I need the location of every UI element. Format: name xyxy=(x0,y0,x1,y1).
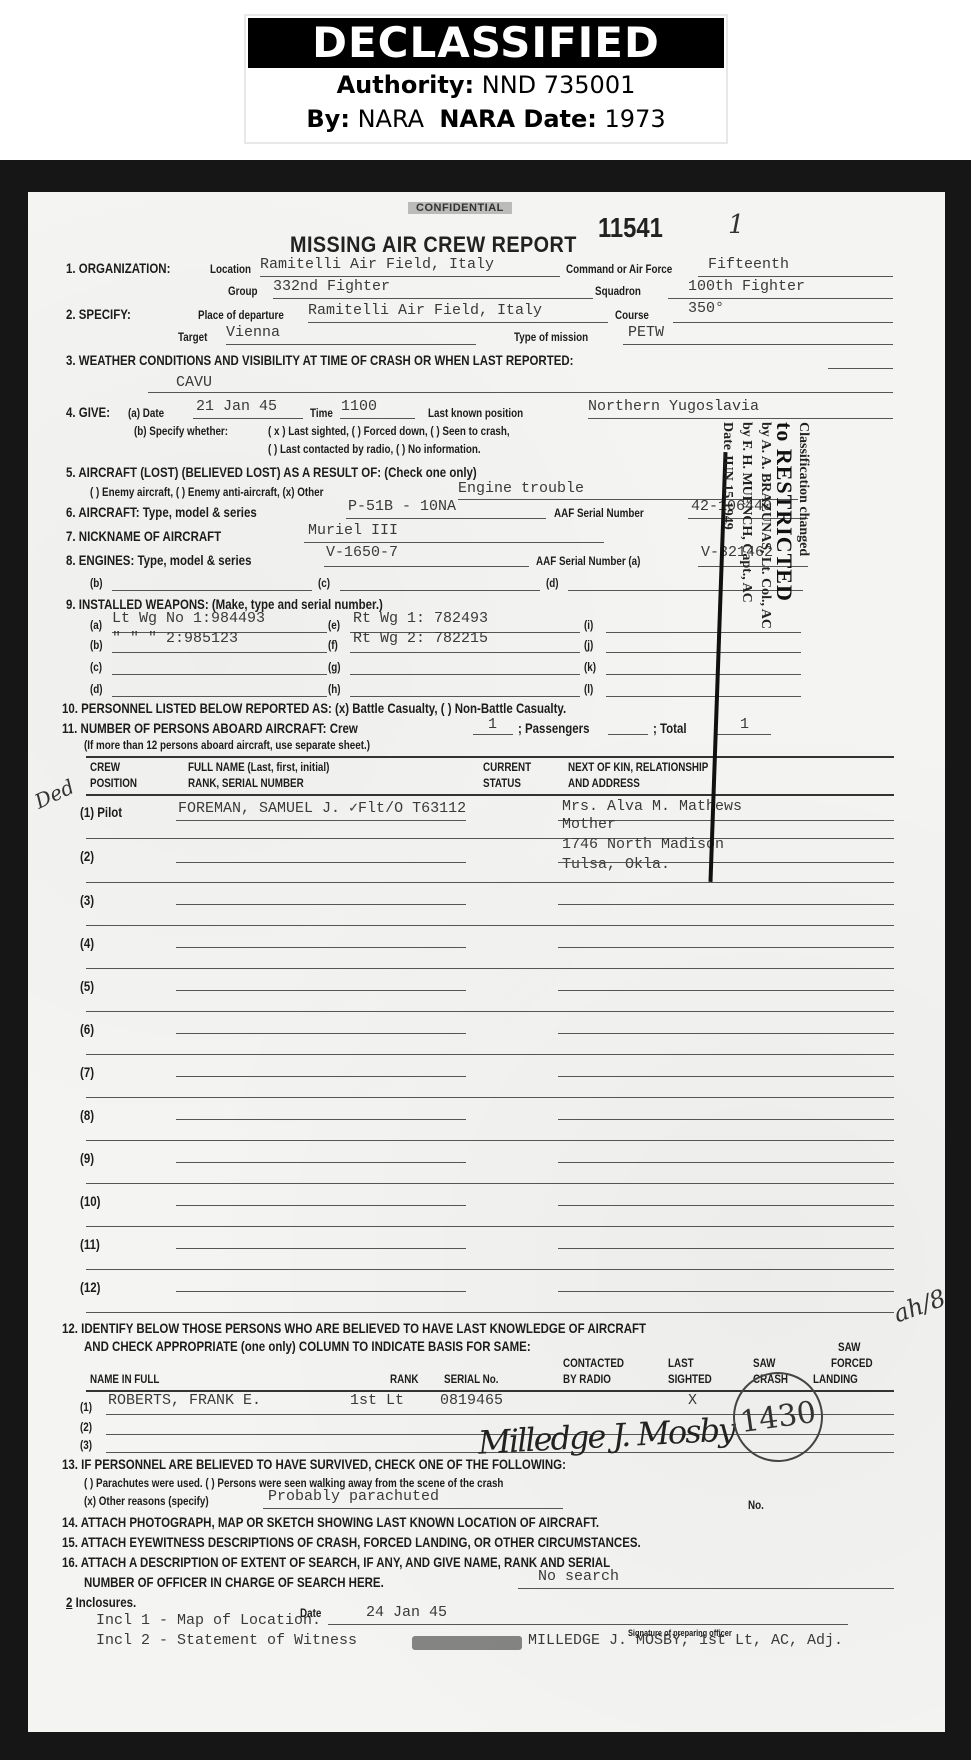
weapon-b-value: " " " 2:985123 xyxy=(112,630,238,647)
crew-row-11-label: (11) xyxy=(80,1236,100,1252)
authority-value: NND 735001 xyxy=(482,71,636,99)
inclosure-1: Incl 1 - Map of Location. xyxy=(96,1612,321,1629)
report-number: 11541 xyxy=(598,212,663,244)
item14-label: 14. ATTACH PHOTOGRAPH, MAP OR SKETCH SHO… xyxy=(62,1514,599,1530)
declassified-heading: DECLASSIFIED xyxy=(248,18,724,68)
crew-row-2-label: (2) xyxy=(80,848,94,864)
crew-row-12-label: (12) xyxy=(80,1279,100,1295)
item4-label: 4. GIVE: xyxy=(66,404,110,420)
item16-label-2: NUMBER OF OFFICER IN CHARGE OF SEARCH HE… xyxy=(84,1574,384,1590)
classification-mark: CONFIDENTIAL xyxy=(408,202,512,214)
crew-count: 1 xyxy=(488,716,497,733)
item10-label: 10. PERSONNEL LISTED BELOW REPORTED AS: … xyxy=(62,700,566,716)
item12-label: 12. IDENTIFY BELOW THOSE PERSONS WHO ARE… xyxy=(62,1320,646,1336)
inclosure-2: Incl 2 - Statement of Witness xyxy=(96,1632,357,1649)
group-value: 332nd Fighter xyxy=(273,278,390,295)
crew-row-6-label: (6) xyxy=(80,1021,94,1037)
officer-signature: Milledge J. Mosby xyxy=(477,1410,735,1461)
authority-line: Authority: NND 735001 xyxy=(246,68,726,102)
weapon-a-value: Lt Wg No 1:984493 xyxy=(112,610,265,627)
sighting-options-2: ( ) Last contacted by radio, ( ) No info… xyxy=(268,442,481,456)
weapon-f-value: Rt Wg 2: 782215 xyxy=(353,630,488,647)
crew-row-7-label: (7) xyxy=(80,1064,94,1080)
officer-name: MILLEDGE J. MOSBY, 1st Lt, AC, Adj. xyxy=(528,1632,843,1649)
crew-row-8-label: (8) xyxy=(80,1107,94,1123)
inclosures-label: 2 Inclosures. xyxy=(66,1594,136,1610)
loss-cause-options: ( ) Enemy aircraft, ( ) Enemy anti-aircr… xyxy=(90,485,323,499)
aircraft-type-value: P-51B - 10NA xyxy=(348,498,456,515)
last-sighted-mark: X xyxy=(688,1392,697,1409)
nickname-value: Muriel III xyxy=(308,522,398,539)
survival-reason-value: Probably parachuted xyxy=(268,1488,439,1505)
item16-label: 16. ATTACH A DESCRIPTION OF EXTENT OF SE… xyxy=(62,1554,610,1570)
crew-row-3-label: (3) xyxy=(80,892,94,908)
item2-label: 2. SPECIFY: xyxy=(66,306,131,322)
page-title: MISSING AIR CREW REPORT xyxy=(290,232,577,258)
location-value: Ramitelli Air Field, Italy xyxy=(260,256,494,273)
date-value: 21 Jan 45 xyxy=(196,398,277,415)
search-value: No search xyxy=(538,1568,619,1585)
report-date-value: 24 Jan 45 xyxy=(366,1604,447,1621)
reclassification-stamp: Classification changed to RESTRICTED by … xyxy=(718,422,818,722)
item15-label: 15. ATTACH EYEWITNESS DESCRIPTIONS OF CR… xyxy=(62,1534,641,1550)
item8-label: 8. ENGINES: Type, model & series xyxy=(66,552,251,568)
redacted-mark xyxy=(412,1636,522,1650)
weather-value: CAVU xyxy=(176,374,212,391)
item5-label: 5. AIRCRAFT (LOST) (BELIEVED LOST) AS A … xyxy=(66,464,477,480)
loss-cause-value: Engine trouble xyxy=(458,480,584,497)
missing-air-crew-report-form: CONFIDENTIAL MISSING AIR CREW REPORT 115… xyxy=(28,192,945,1732)
departure-value: Ramitelli Air Field, Italy xyxy=(308,302,542,319)
header-annotation: 1 xyxy=(728,210,745,240)
engine-type-value: V-1650-7 xyxy=(326,544,398,561)
nara-date-value: 1973 xyxy=(605,105,666,133)
declassification-banner: DECLASSIFIED Authority: NND 735001 By: N… xyxy=(244,14,728,144)
stamp-restricted: to RESTRICTED xyxy=(775,422,794,629)
target-value: Vienna xyxy=(226,324,280,341)
crew-row-9-label: (9) xyxy=(80,1150,94,1166)
crew-row-1-label: (1) Pilot xyxy=(80,804,122,820)
stamp-line-4: by F. H. MUENCH, Capt., AC xyxy=(737,422,756,629)
command-value: Fifteenth xyxy=(708,256,789,273)
nara-line: By: NARA NARA Date: 1973 xyxy=(246,102,726,136)
crew-row-4-label: (4) xyxy=(80,935,94,951)
item11-label: 11. NUMBER OF PERSONS ABOARD AIRCRAFT: C… xyxy=(62,720,358,736)
squadron-value: 100th Fighter xyxy=(688,278,805,295)
witness-serial: 0819465 xyxy=(440,1392,503,1409)
item3-label: 3. WEATHER CONDITIONS AND VISIBILITY AT … xyxy=(66,352,573,368)
time-value: 1100 xyxy=(341,398,377,415)
witness-rank: 1st Lt xyxy=(350,1392,404,1409)
sighting-options: ( x ) Last sighted, ( ) Forced down, ( )… xyxy=(268,424,510,438)
by-value: NARA xyxy=(358,105,425,133)
mission-value: PETW xyxy=(628,324,664,341)
crew-row-10-label: (10) xyxy=(80,1193,100,1209)
crew-row-1-name: FOREMAN, SAMUEL J. ✓Flt/O T63112 xyxy=(178,798,466,817)
margin-note-ded: Ded xyxy=(31,775,78,814)
margin-initials: ah/8 xyxy=(890,1284,949,1328)
course-value: 350° xyxy=(688,300,724,317)
stamp-date: Date JUN 15 1949 xyxy=(718,422,737,629)
crew-row-5-label: (5) xyxy=(80,978,94,994)
item12-label-2: AND CHECK APPROPRIATE (one only) COLUMN … xyxy=(84,1338,531,1354)
position-value: Northern Yugoslavia xyxy=(588,398,759,415)
item1-label: 1. ORGANIZATION: xyxy=(66,260,170,276)
next-of-kin-address-2: Tulsa, Okla. xyxy=(562,856,670,873)
next-of-kin-relationship: Mother xyxy=(562,816,616,833)
weapon-e-value: Rt Wg 1: 782493 xyxy=(353,610,488,627)
stamp-line-3: by A. A. BRAZUNAS, Lt. Col., AC xyxy=(756,422,775,629)
next-of-kin-address-1: 1746 North Madison xyxy=(562,836,724,853)
item7-label: 7. NICKNAME OF AIRCRAFT xyxy=(66,528,221,544)
item6-label: 6. AIRCRAFT: Type, model & series xyxy=(66,504,257,520)
witness-name: ROBERTS, FRANK E. xyxy=(108,1392,261,1409)
